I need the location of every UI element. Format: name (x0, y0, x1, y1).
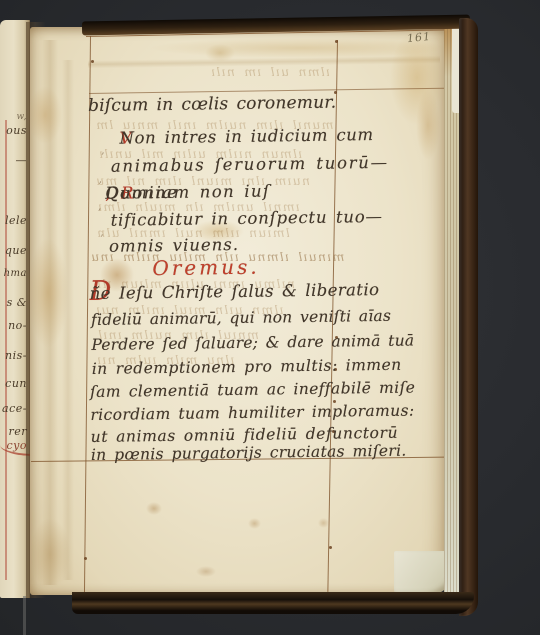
line-text: Perdere ſed ſaluare; & dare animā tuā (91, 331, 414, 354)
line-text: ricordiam tuam humiliter imploramus: (90, 401, 414, 424)
stray-mark: ʼ (100, 234, 103, 245)
line-text: Non intres in iudicium cum (119, 125, 373, 148)
heading-text: Oremus. (152, 255, 260, 280)
line-text: ſam clementiā tuam ac ineffabilē miſe (90, 378, 415, 401)
stray-mark: ʼ (98, 181, 101, 192)
line-text: omnis viuens. (109, 235, 239, 256)
cradle-edge-line (23, 596, 26, 635)
line-text: biſcum in cœlis coronemur. (88, 93, 337, 116)
line-text: in pœnis purgatorijs cruciatas miſeri. (91, 442, 407, 464)
stray-mark: ʼ (98, 208, 101, 219)
binding-bottom-edge (72, 592, 474, 614)
line-text: in redemptionem pro multis: immen (92, 356, 402, 378)
line-text: Quoniam non iuſ (105, 181, 270, 202)
folio-number: 161 (406, 30, 431, 45)
line-text: ñe Ieſu Chriſte ſalus & liberatio (90, 280, 380, 303)
line-text: animabus ſeruorum tuorū— (111, 153, 389, 176)
binding-right-edge (459, 18, 478, 616)
stray-mark: ʼ (101, 152, 104, 163)
line-text: tificabitur in conſpectu tuo— (111, 207, 383, 230)
line-text: fideliū animarū, qui non veniſti aīas (91, 307, 391, 329)
manuscript-photo: w, ous — lele que hma s & no- nis- cun a… (0, 0, 540, 635)
